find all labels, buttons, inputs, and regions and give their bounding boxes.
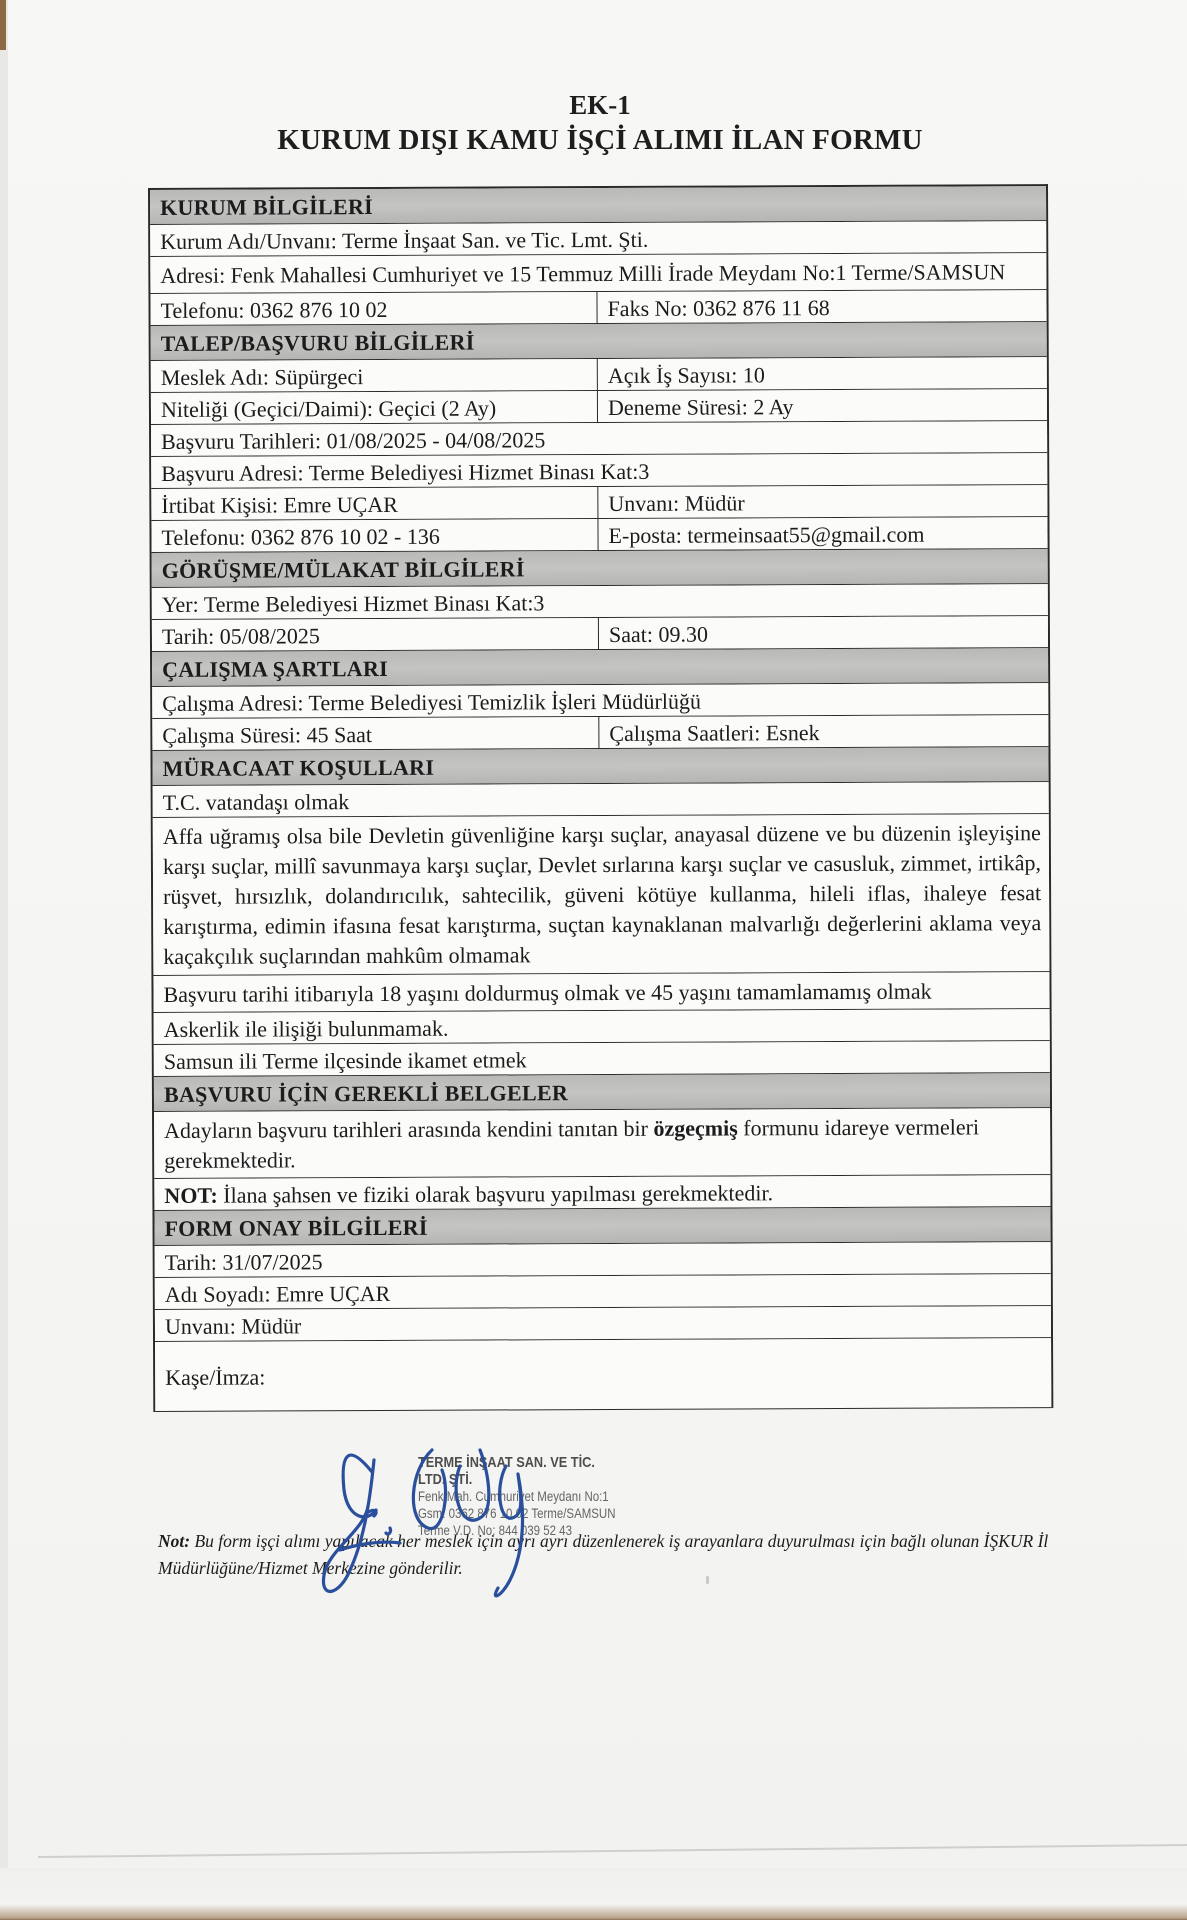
table-row: İrtibat Kişisi: Emre UÇAR Unvanı: Müdür — [151, 485, 1047, 521]
announcement-form-table: KURUM BİLGİLERİ Kurum Adı/Unvanı: Terme … — [148, 184, 1053, 1412]
probation-period: Deneme Süresi: 2 Ay — [598, 389, 1047, 422]
approver-name: Adı Soyadı: Emre UÇAR — [155, 1274, 1051, 1309]
section-header-belgeler: BAŞVURU İÇİN GEREKLİ BELGELER — [154, 1073, 1050, 1112]
section-header-muracaat: MÜRACAAT KOŞULLARI — [152, 747, 1048, 786]
document-title: KURUM DIŞI KAMU İŞÇİ ALIMI İLAN FORMU — [240, 122, 960, 158]
note-row: NOT: İlana şahsen ve fiziki olarak başvu… — [154, 1175, 1050, 1211]
approver-title: Unvanı: Müdür — [155, 1306, 1051, 1341]
interview-date: Tarih: 05/08/2025 — [152, 618, 599, 651]
table-row: Adı Soyadı: Emre UÇAR — [155, 1274, 1051, 1310]
table-row: Tarih: 31/07/2025 — [155, 1242, 1051, 1278]
interview-place: Yer: Terme Belediyesi Hizmet Binası Kat:… — [152, 584, 1048, 619]
footnote-text: Bu form işçi alımı yapılacak her meslek … — [158, 1531, 1048, 1578]
table-row: Unvanı: Müdür — [155, 1306, 1051, 1342]
contact-phone: Telefonu: 0362 876 10 02 - 136 — [151, 519, 598, 552]
contact-title: Unvanı: Müdür — [598, 485, 1047, 518]
cv-emphasis: özgeçmiş — [653, 1115, 737, 1140]
required-document-row: Adayların başvuru tarihleri arasında ken… — [154, 1108, 1050, 1179]
table-row: Meslek Adı: Süpürgeci Açık İş Sayısı: 10 — [151, 357, 1047, 393]
table-row: Başvuru Tarihleri: 01/08/2025 - 04/08/20… — [151, 421, 1047, 457]
note-text: İlana şahsen ve fiziki olarak başvuru ya… — [218, 1180, 773, 1207]
note-label: NOT: — [164, 1183, 217, 1208]
annex-label: EK-1 — [240, 88, 960, 122]
footnote: Not: Bu form işçi alımı yapılacak her me… — [158, 1528, 1078, 1582]
paper-speck — [706, 1576, 709, 1584]
contact-person: İrtibat Kişisi: Emre UÇAR — [151, 487, 598, 520]
section-header-talep: TALEP/BAŞVURU BİLGİLERİ — [151, 322, 1047, 361]
table-row: Adresi: Fenk Mahallesi Cumhuriyet ve 15 … — [150, 253, 1046, 294]
approval-date: Tarih: 31/07/2025 — [155, 1242, 1051, 1277]
required-document-text: Adayların başvuru tarihleri arasında ken… — [154, 1108, 1050, 1178]
institution-name: Kurum Adı/Unvanı: Terme İnşaat San. ve T… — [150, 221, 1046, 256]
institution-phone: Telefonu: 0362 876 10 02 — [150, 292, 597, 325]
contact-email: E-posta: termeinsaat55@gmail.com — [598, 517, 1047, 550]
table-row: Telefonu: 0362 876 10 02 - 136 E-posta: … — [151, 517, 1047, 553]
table-row: Çalışma Adresi: Terme Belediyesi Temizli… — [152, 683, 1048, 719]
table-row: Telefonu: 0362 876 10 02 Faks No: 0362 8… — [150, 290, 1046, 326]
condition-row: Affa uğramış olsa bile Devletin güvenliğ… — [153, 814, 1050, 976]
page-edge-stain — [0, 0, 6, 50]
page-bottom-edge — [0, 1868, 1187, 1920]
job-nature: Niteliği (Geçici/Daimi): Geçici (2 Ay) — [151, 391, 598, 424]
section-header-gorusme: GÖRÜŞME/MÜLAKAT BİLGİLERİ — [152, 549, 1048, 588]
table-row: Niteliği (Geçici/Daimi): Geçici (2 Ay) D… — [151, 389, 1047, 425]
application-dates: Başvuru Tarihleri: 01/08/2025 - 04/08/20… — [151, 421, 1047, 456]
section-header-calisma: ÇALIŞMA ŞARTLARI — [152, 648, 1048, 687]
section-header-onay: FORM ONAY BİLGİLERİ — [154, 1207, 1050, 1246]
application-address: Başvuru Adresi: Terme Belediyesi Hizmet … — [151, 453, 1047, 488]
footnote-label: Not: — [158, 1531, 190, 1551]
condition-row: Askerlik ile ilişiği bulunmamak. — [154, 1009, 1050, 1045]
occupation-name: Meslek Adı: Süpürgeci — [151, 359, 598, 392]
table-row: Tarih: 05/08/2025 Saat: 09.30 — [152, 616, 1048, 652]
table-row: Başvuru Adresi: Terme Belediyesi Hizmet … — [151, 453, 1047, 489]
stamp-signature-label: Kaşe/İmza: — [155, 1338, 1051, 1411]
institution-fax: Faks No: 0362 876 11 68 — [597, 290, 1046, 323]
condition-row: Samsun ili Terme ilçesinde ikamet etmek — [154, 1041, 1050, 1077]
section-header-kurum: KURUM BİLGİLERİ — [150, 186, 1046, 225]
open-positions: Açık İş Sayısı: 10 — [598, 357, 1047, 390]
document-header: EK-1 KURUM DIŞI KAMU İŞÇİ ALIMI İLAN FOR… — [240, 88, 960, 158]
table-row: Kaşe/İmza: — [155, 1338, 1051, 1412]
work-duration: Çalışma Süresi: 45 Saat — [152, 717, 599, 750]
interview-time: Saat: 09.30 — [599, 616, 1048, 649]
work-hours: Çalışma Saatleri: Esnek — [599, 715, 1048, 748]
condition-row: T.C. vatandaşı olmak — [153, 782, 1049, 818]
company-stamp: TERME İNŞAAT SAN. VE TİC. LTD. ŞTİ. Fenk… — [418, 1454, 622, 1539]
table-row: Yer: Terme Belediyesi Hizmet Binası Kat:… — [152, 584, 1048, 620]
table-row: Kurum Adı/Unvanı: Terme İnşaat San. ve T… — [150, 221, 1046, 257]
work-address: Çalışma Adresi: Terme Belediyesi Temizli… — [152, 683, 1048, 718]
condition-row: Başvuru tarihi itibarıyla 18 yaşını dold… — [153, 972, 1049, 1013]
institution-address: Adresi: Fenk Mahallesi Cumhuriyet ve 15 … — [150, 253, 1046, 293]
table-row: Çalışma Süresi: 45 Saat Çalışma Saatleri… — [152, 715, 1048, 751]
